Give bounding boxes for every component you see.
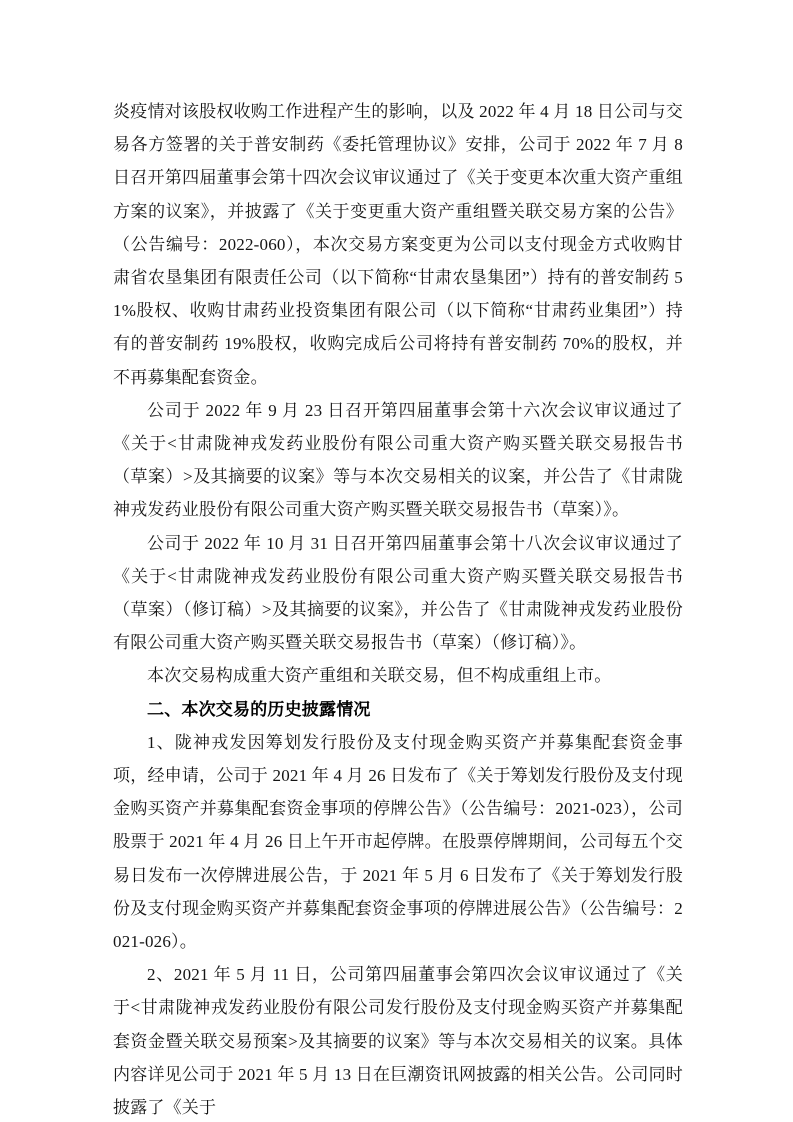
paragraph: 公司于 2022 年 9 月 23 日召开第四届董事会第十六次会议审议通过了《关… [113, 394, 683, 527]
section-heading: 二、本次交易的历史披露情况 [113, 693, 683, 726]
paragraph: 公司于 2022 年 10 月 31 日召开第四届董事会第十八次会议审议通过了《… [113, 527, 683, 660]
paragraph: 本次交易构成重大资产重组和关联交易，但不构成重组上市。 [113, 659, 683, 692]
paragraph: 1、陇神戎发因筹划发行股份及支付现金购买资产并募集配套资金事项，经申请，公司于 … [113, 726, 683, 958]
paragraph: 2、2021 年 5 月 11 日，公司第四届董事会第四次会议审议通过了《关于<… [113, 958, 683, 1122]
paragraph-continuation: 炎疫情对该股权收购工作进程产生的影响，以及 2022 年 4 月 18 日公司与… [113, 95, 683, 394]
document-page: 炎疫情对该股权收购工作进程产生的影响，以及 2022 年 4 月 18 日公司与… [0, 0, 793, 1122]
